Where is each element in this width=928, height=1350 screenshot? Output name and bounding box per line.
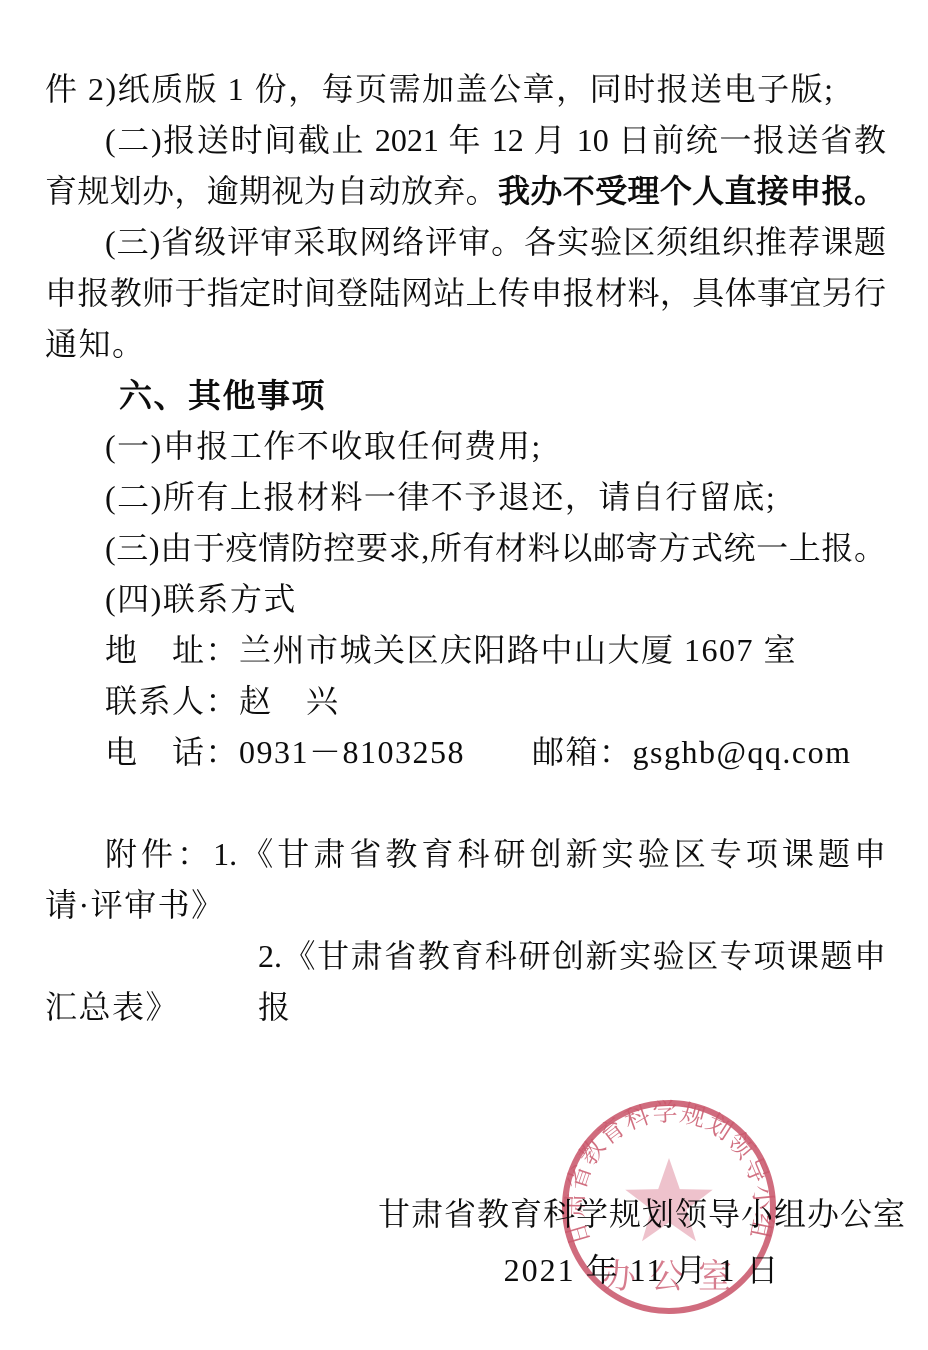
attachment-line: 2.《甘肃省教育科研创新实验区专项课题申报 (45, 931, 886, 982)
body-line-bold-segment: 我办不受理个人直接申报。 (498, 173, 886, 209)
body-line: (一)申报工作不收取任何费用; (45, 421, 886, 472)
body-line: (二)所有上报材料一律不予退还，请自行留底; (45, 472, 886, 523)
signature-block: 甘肃省教育科学规划领导小组办公室 2021 年 11 月 1 日 (372, 1186, 912, 1298)
body-line: 件 2)纸质版 1 份，每页需加盖公章，同时报送电子版; (45, 64, 886, 115)
body-line: (三)由于疫情防控要求,所有材料以邮寄方式统一上报。 (45, 523, 886, 574)
body-line: (三)省级评审采取网络评审。各实验区须组织推荐课题 (45, 217, 886, 268)
body-line: 申报教师于指定时间登陆网站上传申报材料，具体事宜另行 (45, 268, 886, 319)
issuing-office: 甘肃省教育科学规划领导小组办公室 (372, 1186, 912, 1242)
issue-date: 2021 年 11 月 1 日 (372, 1242, 912, 1298)
body-line: (四)联系方式 (45, 574, 886, 625)
section-heading: 六、其他事项 (45, 370, 886, 421)
body-line: 通知。 (45, 319, 886, 370)
body-line: (二)报送时间截止 2021 年 12 月 10 日前统一报送省教 (45, 115, 886, 166)
document-body: 件 2)纸质版 1 份，每页需加盖公章，同时报送电子版; (二)报送时间截止 2… (45, 64, 886, 1033)
attachment-line: 请·评审书》 (45, 880, 886, 931)
body-line: 育规划办，逾期视为自动放弃。我办不受理个人直接申报。 (45, 166, 886, 217)
attachment-line: 附件：1.《甘肃省教育科研创新实验区专项课题申 (45, 829, 886, 880)
contact-address-line: 地 址：兰州市城关区庆阳路中山大厦 1607 室 (45, 625, 886, 676)
body-line-normal-segment: 育规划办，逾期视为自动放弃。 (45, 173, 498, 209)
document-page: 件 2)纸质版 1 份，每页需加盖公章，同时报送电子版; (二)报送时间截止 2… (0, 0, 928, 1350)
contact-phone-email-line: 电 话：0931－8103258 邮箱：gsghb@qq.com (45, 727, 886, 778)
contact-person-line: 联系人：赵 兴 (45, 676, 886, 727)
attachment-line: 汇总表》 (45, 982, 886, 1033)
